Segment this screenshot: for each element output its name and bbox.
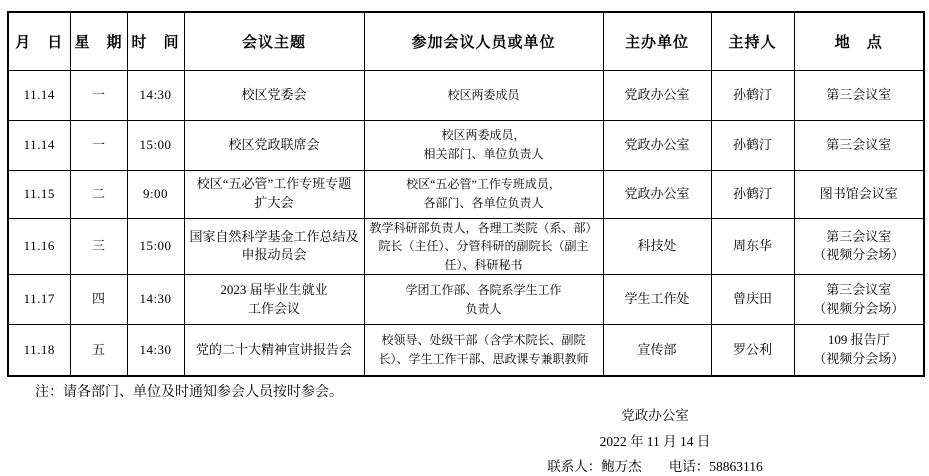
cell-organizer: 党政办公室 <box>603 70 711 120</box>
cell-host: 孙鹤汀 <box>711 170 794 218</box>
cell-time: 9:00 <box>127 170 184 218</box>
cell-host: 周东华 <box>711 218 794 275</box>
cell-location: 第三会议室 <box>794 70 924 120</box>
cell-participants: 校领导、处级干部（含学术院长、副院长）、学生工作干部、思政课专兼职教师 <box>364 325 603 376</box>
header-row: 月 日 星 期 时 间 会议主题 参加会议人员或单位 主办单位 主持人 地 点 <box>8 12 924 70</box>
cell-host: 罗公利 <box>711 325 794 376</box>
cell-weekday: 二 <box>70 170 127 218</box>
cell-location: 图书馆会议室 <box>794 170 924 218</box>
cell-organizer: 党政办公室 <box>603 170 711 218</box>
table-row: 11.14 一 15:00 校区党政联席会 校区两委成员， 相关部门、单位负责人… <box>8 120 924 170</box>
cell-organizer: 宣传部 <box>603 325 711 376</box>
cell-organizer: 学生工作处 <box>603 275 711 325</box>
cell-topic: 国家自然科学基金工作总结及 申报动员会 <box>184 218 364 275</box>
table-row: 11.17 四 14:30 2023 届毕业生就业 工作会议 学团工作部、各院系… <box>8 275 924 325</box>
cell-location: 109 报告厅 （视频分会场） <box>794 325 924 376</box>
cell-time: 15:00 <box>127 120 184 170</box>
cell-host: 孙鹤汀 <box>711 70 794 120</box>
signature-date: 2022 年 11 月 14 日 <box>390 430 920 450</box>
col-header-topic: 会议主题 <box>184 12 364 70</box>
table-row: 11.15 二 9:00 校区“五必管”工作专班专题 扩大会 校区“五必管”工作… <box>8 170 924 218</box>
cell-host: 曾庆田 <box>711 275 794 325</box>
col-header-location: 地 点 <box>794 12 924 70</box>
cell-topic: 校区党委会 <box>184 70 364 120</box>
col-header-date: 月 日 <box>8 12 70 70</box>
cell-date: 11.14 <box>8 70 70 120</box>
cell-participants: 教学科研部负责人，各理工类院（系、部）院长（主任）、分管科研的副院长（副主任）、… <box>364 218 603 275</box>
contact-line: 联系人：鲍万杰 电话：58863116 <box>390 455 920 475</box>
cell-organizer: 党政办公室 <box>603 120 711 170</box>
table-row: 11.14 一 14:30 校区党委会 校区两委成员 党政办公室 孙鹤汀 第三会… <box>8 70 924 120</box>
cell-participants: 学团工作部、各院系学生工作 负责人 <box>364 275 603 325</box>
cell-topic: 2023 届毕业生就业 工作会议 <box>184 275 364 325</box>
signature-office: 党政办公室 <box>390 404 920 424</box>
cell-topic: 校区党政联席会 <box>184 120 364 170</box>
cell-host: 孙鹤汀 <box>711 120 794 170</box>
cell-location: 第三会议室 <box>794 120 924 170</box>
cell-weekday: 一 <box>70 120 127 170</box>
col-header-participants: 参加会议人员或单位 <box>364 12 603 70</box>
col-header-time: 时 间 <box>127 12 184 70</box>
col-header-organizer: 主办单位 <box>603 12 711 70</box>
cell-participants: 校区两委成员 <box>364 70 603 120</box>
table-row: 11.18 五 14:30 党的二十大精神宣讲报告会 校领导、处级干部（含学术院… <box>8 325 924 376</box>
col-header-host: 主持人 <box>711 12 794 70</box>
cell-time: 14:30 <box>127 70 184 120</box>
cell-topic: 党的二十大精神宣讲报告会 <box>184 325 364 376</box>
cell-participants: 校区“五必管”工作专班成员， 各部门、各单位负责人 <box>364 170 603 218</box>
cell-date: 11.14 <box>8 120 70 170</box>
cell-date: 11.15 <box>8 170 70 218</box>
meeting-schedule-table: 月 日 星 期 时 间 会议主题 参加会议人员或单位 主办单位 主持人 地 点 … <box>7 11 925 377</box>
cell-weekday: 一 <box>70 70 127 120</box>
table-row: 11.16 三 15:00 国家自然科学基金工作总结及 申报动员会 教学科研部负… <box>8 218 924 275</box>
footer-note: 注：请各部门、单位及时通知参会人员按时参会。 <box>35 381 343 401</box>
cell-weekday: 五 <box>70 325 127 376</box>
cell-weekday: 三 <box>70 218 127 275</box>
cell-date: 11.16 <box>8 218 70 275</box>
cell-location: 第三会议室 （视频分会场） <box>794 218 924 275</box>
cell-date: 11.17 <box>8 275 70 325</box>
cell-time: 15:00 <box>127 218 184 275</box>
cell-participants: 校区两委成员， 相关部门、单位负责人 <box>364 120 603 170</box>
cell-organizer: 科技处 <box>603 218 711 275</box>
col-header-weekday: 星 期 <box>70 12 127 70</box>
cell-weekday: 四 <box>70 275 127 325</box>
cell-time: 14:30 <box>127 275 184 325</box>
cell-topic: 校区“五必管”工作专班专题 扩大会 <box>184 170 364 218</box>
cell-location: 第三会议室 （视频分会场） <box>794 275 924 325</box>
cell-time: 14:30 <box>127 325 184 376</box>
cell-date: 11.18 <box>8 325 70 376</box>
